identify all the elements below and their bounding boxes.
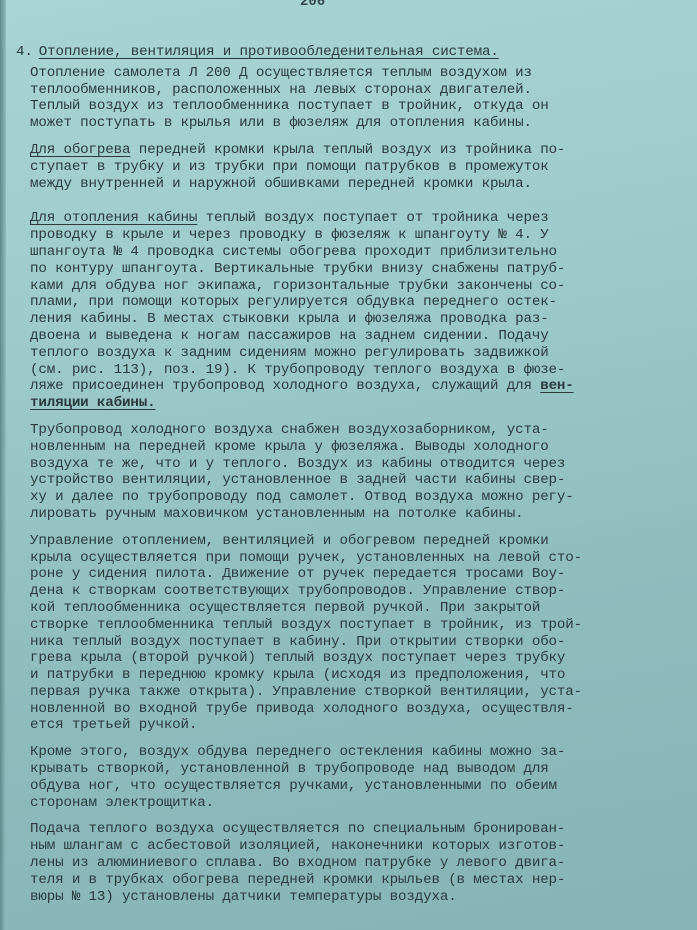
text-line: ху и далее по трубопроводу под самолет. … bbox=[30, 489, 676, 506]
text-line: ника теплый воздух поступает в кабину. П… bbox=[30, 634, 676, 651]
text-line: ляже присоединен трубопровод холодного в… bbox=[30, 378, 540, 394]
text-line: лировать ручным маховичком установленным… bbox=[30, 506, 676, 523]
section-number: 4. bbox=[16, 44, 33, 60]
text-line: Трубопровод холодного воздуха снабжен во… bbox=[30, 422, 676, 439]
document-page: 4.Отопление, вентиляция и противообледен… bbox=[16, 44, 676, 915]
section-heading: 4.Отопление, вентиляция и противообледен… bbox=[16, 44, 676, 61]
text-line: ступает в трубку и из трубки при помощи … bbox=[30, 159, 676, 176]
text-line: сторонам электрощитка. bbox=[30, 795, 676, 812]
paragraph-windshield: Кроме этого, воздух обдува переднего ост… bbox=[16, 744, 676, 811]
text-line: обдува ног, что осуществляется ручками, … bbox=[30, 778, 676, 795]
text-line: ется третьей ручкой. bbox=[30, 717, 676, 734]
text-line: шпангоута № 4 проводка системы обогрева … bbox=[30, 244, 676, 261]
text-line: Отопление самолета Л 200 Д осуществляетс… bbox=[30, 65, 676, 82]
text-line: проводку в крыле и через проводку в фюзе… bbox=[30, 227, 676, 244]
text-line: и патрубки в переднюю кромку крыла (исхо… bbox=[30, 667, 676, 684]
text-line: кой теплообменника осуществляется первой… bbox=[30, 600, 676, 617]
paragraph-cabin-heating: Для отопления кабины теплый воздух посту… bbox=[16, 210, 676, 412]
text-line: лены из алюминиевого сплава. Во входном … bbox=[30, 855, 676, 872]
text-line: теплого воздуха к задним сидениям можно … bbox=[30, 345, 676, 362]
text-line: Управление отоплением, вентиляцией и обо… bbox=[30, 533, 676, 550]
text-line: ления кабины. В местах стыковки крыла и … bbox=[30, 311, 676, 328]
underlined-term: тиляции кабины. bbox=[30, 395, 155, 411]
text-line: ным шлангам с асбестовой изоляцией, нако… bbox=[30, 838, 676, 855]
text-line: Кроме этого, воздух обдува переднего ост… bbox=[30, 744, 676, 761]
text-line: вюры № 13) установлены датчики температу… bbox=[30, 889, 676, 906]
text-line: двоена и выведена к ногам пассажиров на … bbox=[30, 328, 676, 345]
text-line: грева крыла (второй ручкой) теплый возду… bbox=[30, 650, 676, 667]
section-title: Отопление, вентиляция и противообледенит… bbox=[39, 44, 499, 60]
text-line: роне у сидения пилота. Движение от ручек… bbox=[30, 566, 676, 583]
text-line: воздуха те же, что и у теплого. Воздух и… bbox=[30, 456, 676, 473]
text-line: по контуру шпангоута. Вертикальные трубк… bbox=[30, 261, 676, 278]
text-line: теля и в трубках обогрева передней кромк… bbox=[30, 872, 676, 889]
paragraph-controls: Управление отоплением, вентиляцией и обо… bbox=[16, 533, 676, 735]
text-line: плами, при помощи которых регулируется о… bbox=[30, 294, 676, 311]
underlined-term: вен- bbox=[540, 378, 573, 394]
text-line: крыла осуществляется при помощи ручек, у… bbox=[30, 550, 676, 567]
text-line: створке теплообменника теплый воздух пос… bbox=[30, 617, 676, 634]
paragraph-cold-air: Трубопровод холодного воздуха снабжен во… bbox=[16, 422, 676, 523]
text-line: новленной во входной трубе привода холод… bbox=[30, 701, 676, 718]
text-line: Подача теплого воздуха осуществляется по… bbox=[30, 821, 676, 838]
text-line: новленным на передней кроме крыла у фюзе… bbox=[30, 439, 676, 456]
paragraph-lead: Для обогрева bbox=[30, 142, 130, 158]
text-line: крывать створкой, установленной в трубоп… bbox=[30, 761, 676, 778]
paragraph-hoses: Подача теплого воздуха осуществляется по… bbox=[16, 821, 676, 905]
text-line: между внутренней и наружной обшивками пе… bbox=[30, 176, 676, 193]
paragraph-intro: Отопление самолета Л 200 Д осуществляетс… bbox=[16, 65, 676, 132]
text-line: теплообменников, расположенных на левых … bbox=[30, 82, 676, 99]
text-line: теплый воздух поступает от тройника чере… bbox=[197, 210, 548, 226]
paragraph-lead: Для отопления кабины bbox=[30, 210, 197, 226]
text-line: устройство вентиляции, установленное в з… bbox=[30, 472, 676, 489]
text-line: дена к створкам соответствующих трубопро… bbox=[30, 583, 676, 600]
page-edge-shadow bbox=[0, 0, 6, 930]
text-line: передней кромки крыла теплый воздух из т… bbox=[130, 142, 565, 158]
text-line: ками для обдува ног экипажа, горизонталь… bbox=[30, 278, 676, 295]
text-line: первая ручка также открыта). Управление … bbox=[30, 684, 676, 701]
text-line: (см. рис. 113), поз. 19). К трубопроводу… bbox=[30, 362, 676, 379]
text-line: Теплый воздух из теплообменника поступае… bbox=[30, 98, 676, 115]
text-line: может поступать в крылья или в фюзеляж д… bbox=[30, 115, 676, 132]
paragraph-wing-heating: Для обогрева передней кромки крыла теплы… bbox=[16, 142, 676, 192]
page-number: 206 bbox=[300, 0, 325, 10]
